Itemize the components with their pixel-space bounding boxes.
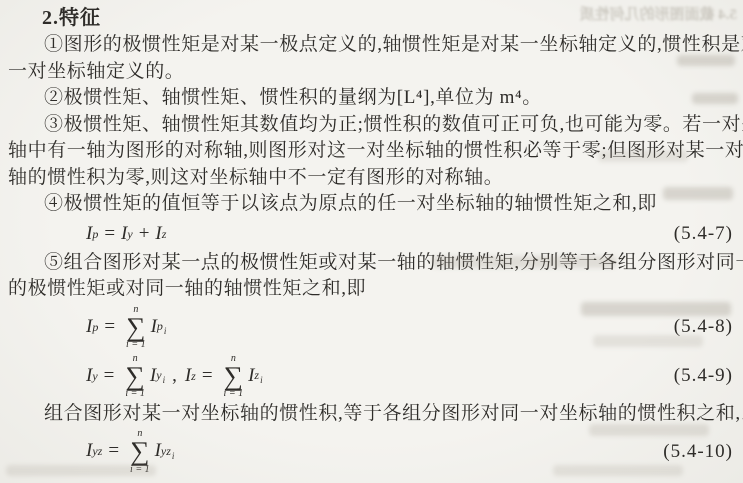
equation-number: (5.4-10) xyxy=(663,441,739,463)
body-line-3: ②极惯性矩、轴惯性矩、惯性积的量纲为[L⁴],单位为 m⁴。 xyxy=(8,85,739,112)
equation-5-4-8: Ip = n ∑ i = 1 Ipi (5.4-8) xyxy=(8,303,739,352)
body-line-4: ③极惯性矩、轴惯性矩其数值均为正;惯性积的数值可正可负,也可能为零。若一对坐标 xyxy=(8,112,739,139)
plus-sign: + xyxy=(139,223,150,245)
equals-sign: = xyxy=(108,440,119,462)
sigma-glyph: ∑ xyxy=(126,315,145,339)
formula-iy-iz-composite: Iy = n ∑ i = 1 Iyi , Iz = n ∑ i = 1 Izi xyxy=(86,353,262,399)
body-line-1: ①图形的极惯性矩是对某一极点定义的,轴惯性矩是对某一坐标轴定义的,惯性积是对某 xyxy=(8,32,739,59)
var-subscript: p xyxy=(157,319,163,333)
summation-symbol: n ∑ i = 1 xyxy=(126,304,146,350)
comma-separator: , xyxy=(172,365,177,387)
equals-sign: = xyxy=(104,316,115,338)
var-subscript: z xyxy=(254,368,259,382)
sum-lower-limit: i = 1 xyxy=(130,464,150,475)
equation-number: (5.4-9) xyxy=(674,365,739,387)
body-line-6: 轴的惯性积为零,则这对坐标轴中不一定有图形的对称轴。 xyxy=(8,165,739,192)
var-subscript: yz xyxy=(161,444,171,458)
var-subsubscript: i xyxy=(164,326,167,336)
sigma-glyph: ∑ xyxy=(126,364,145,388)
formula-ip-composite: Ip = n ∑ i = 1 Ipi xyxy=(86,304,165,350)
sigma-glyph: ∑ xyxy=(224,364,243,388)
body-line-5: 轴中有一轴为图形的对称轴,则图形对这一对坐标轴的惯性积必等于零;但图形对某一对坐… xyxy=(8,138,739,165)
equals-sign: = xyxy=(104,223,115,245)
summation-symbol: n ∑ i = 1 xyxy=(130,428,150,474)
var-subsubscript: i xyxy=(260,375,263,385)
equation-5-4-9: Iy = n ∑ i = 1 Iyi , Iz = n ∑ i = 1 Izi … xyxy=(8,352,739,401)
equation-number: (5.4-8) xyxy=(674,316,739,338)
body-line-2: 一对坐标轴定义的。 xyxy=(8,59,739,86)
equation-number: (5.4-7) xyxy=(674,223,739,245)
formula-ip-sum-of-axes: Ip = Iy + Iz xyxy=(86,223,166,245)
section-heading: 2.特征 xyxy=(8,4,739,32)
var-subsubscript: i xyxy=(172,451,175,461)
equation-5-4-7: Ip = Iy + Iz (5.4-7) xyxy=(8,218,739,250)
summation-symbol: n ∑ i = 1 xyxy=(125,353,145,399)
body-line-10: 组合图形对某一对坐标轴的惯性积,等于各组分图形对同一对坐标轴的惯性积之和,即 xyxy=(8,401,739,428)
var-subsubscript: i xyxy=(163,375,166,385)
sum-lower-limit: i = 1 xyxy=(125,388,145,399)
formula-iyz-composite: Iyz = n ∑ i = 1 Iyzi xyxy=(86,428,173,474)
equals-sign: = xyxy=(202,365,213,387)
body-line-7: ④极惯性矩的值恒等于以该点为原点的任一对坐标轴的轴惯性矩之和,即 xyxy=(8,191,739,218)
sigma-glyph: ∑ xyxy=(130,439,149,463)
scanned-textbook-page: 5.4 截面图形的几何性质 2.特征 ①图形的极惯性矩是对某一极点定义的,轴惯性… xyxy=(0,0,743,483)
var-base: I xyxy=(155,223,161,245)
body-line-9: 的极惯性矩或对同一轴的轴惯性矩之和,即 xyxy=(8,276,739,303)
var-subscript: y xyxy=(156,368,161,382)
equals-sign: = xyxy=(104,365,115,387)
summation-symbol: n ∑ i = 1 xyxy=(224,353,244,399)
equation-5-4-10: Iyz = n ∑ i = 1 Iyzi (5.4-10) xyxy=(8,427,739,476)
body-line-8: ⑤组合图形对某一点的极惯性矩或对某一轴的轴惯性矩,分别等于各组分图形对同一点 xyxy=(8,250,739,277)
sum-lower-limit: i = 1 xyxy=(126,339,146,350)
sum-lower-limit: i = 1 xyxy=(224,388,244,399)
